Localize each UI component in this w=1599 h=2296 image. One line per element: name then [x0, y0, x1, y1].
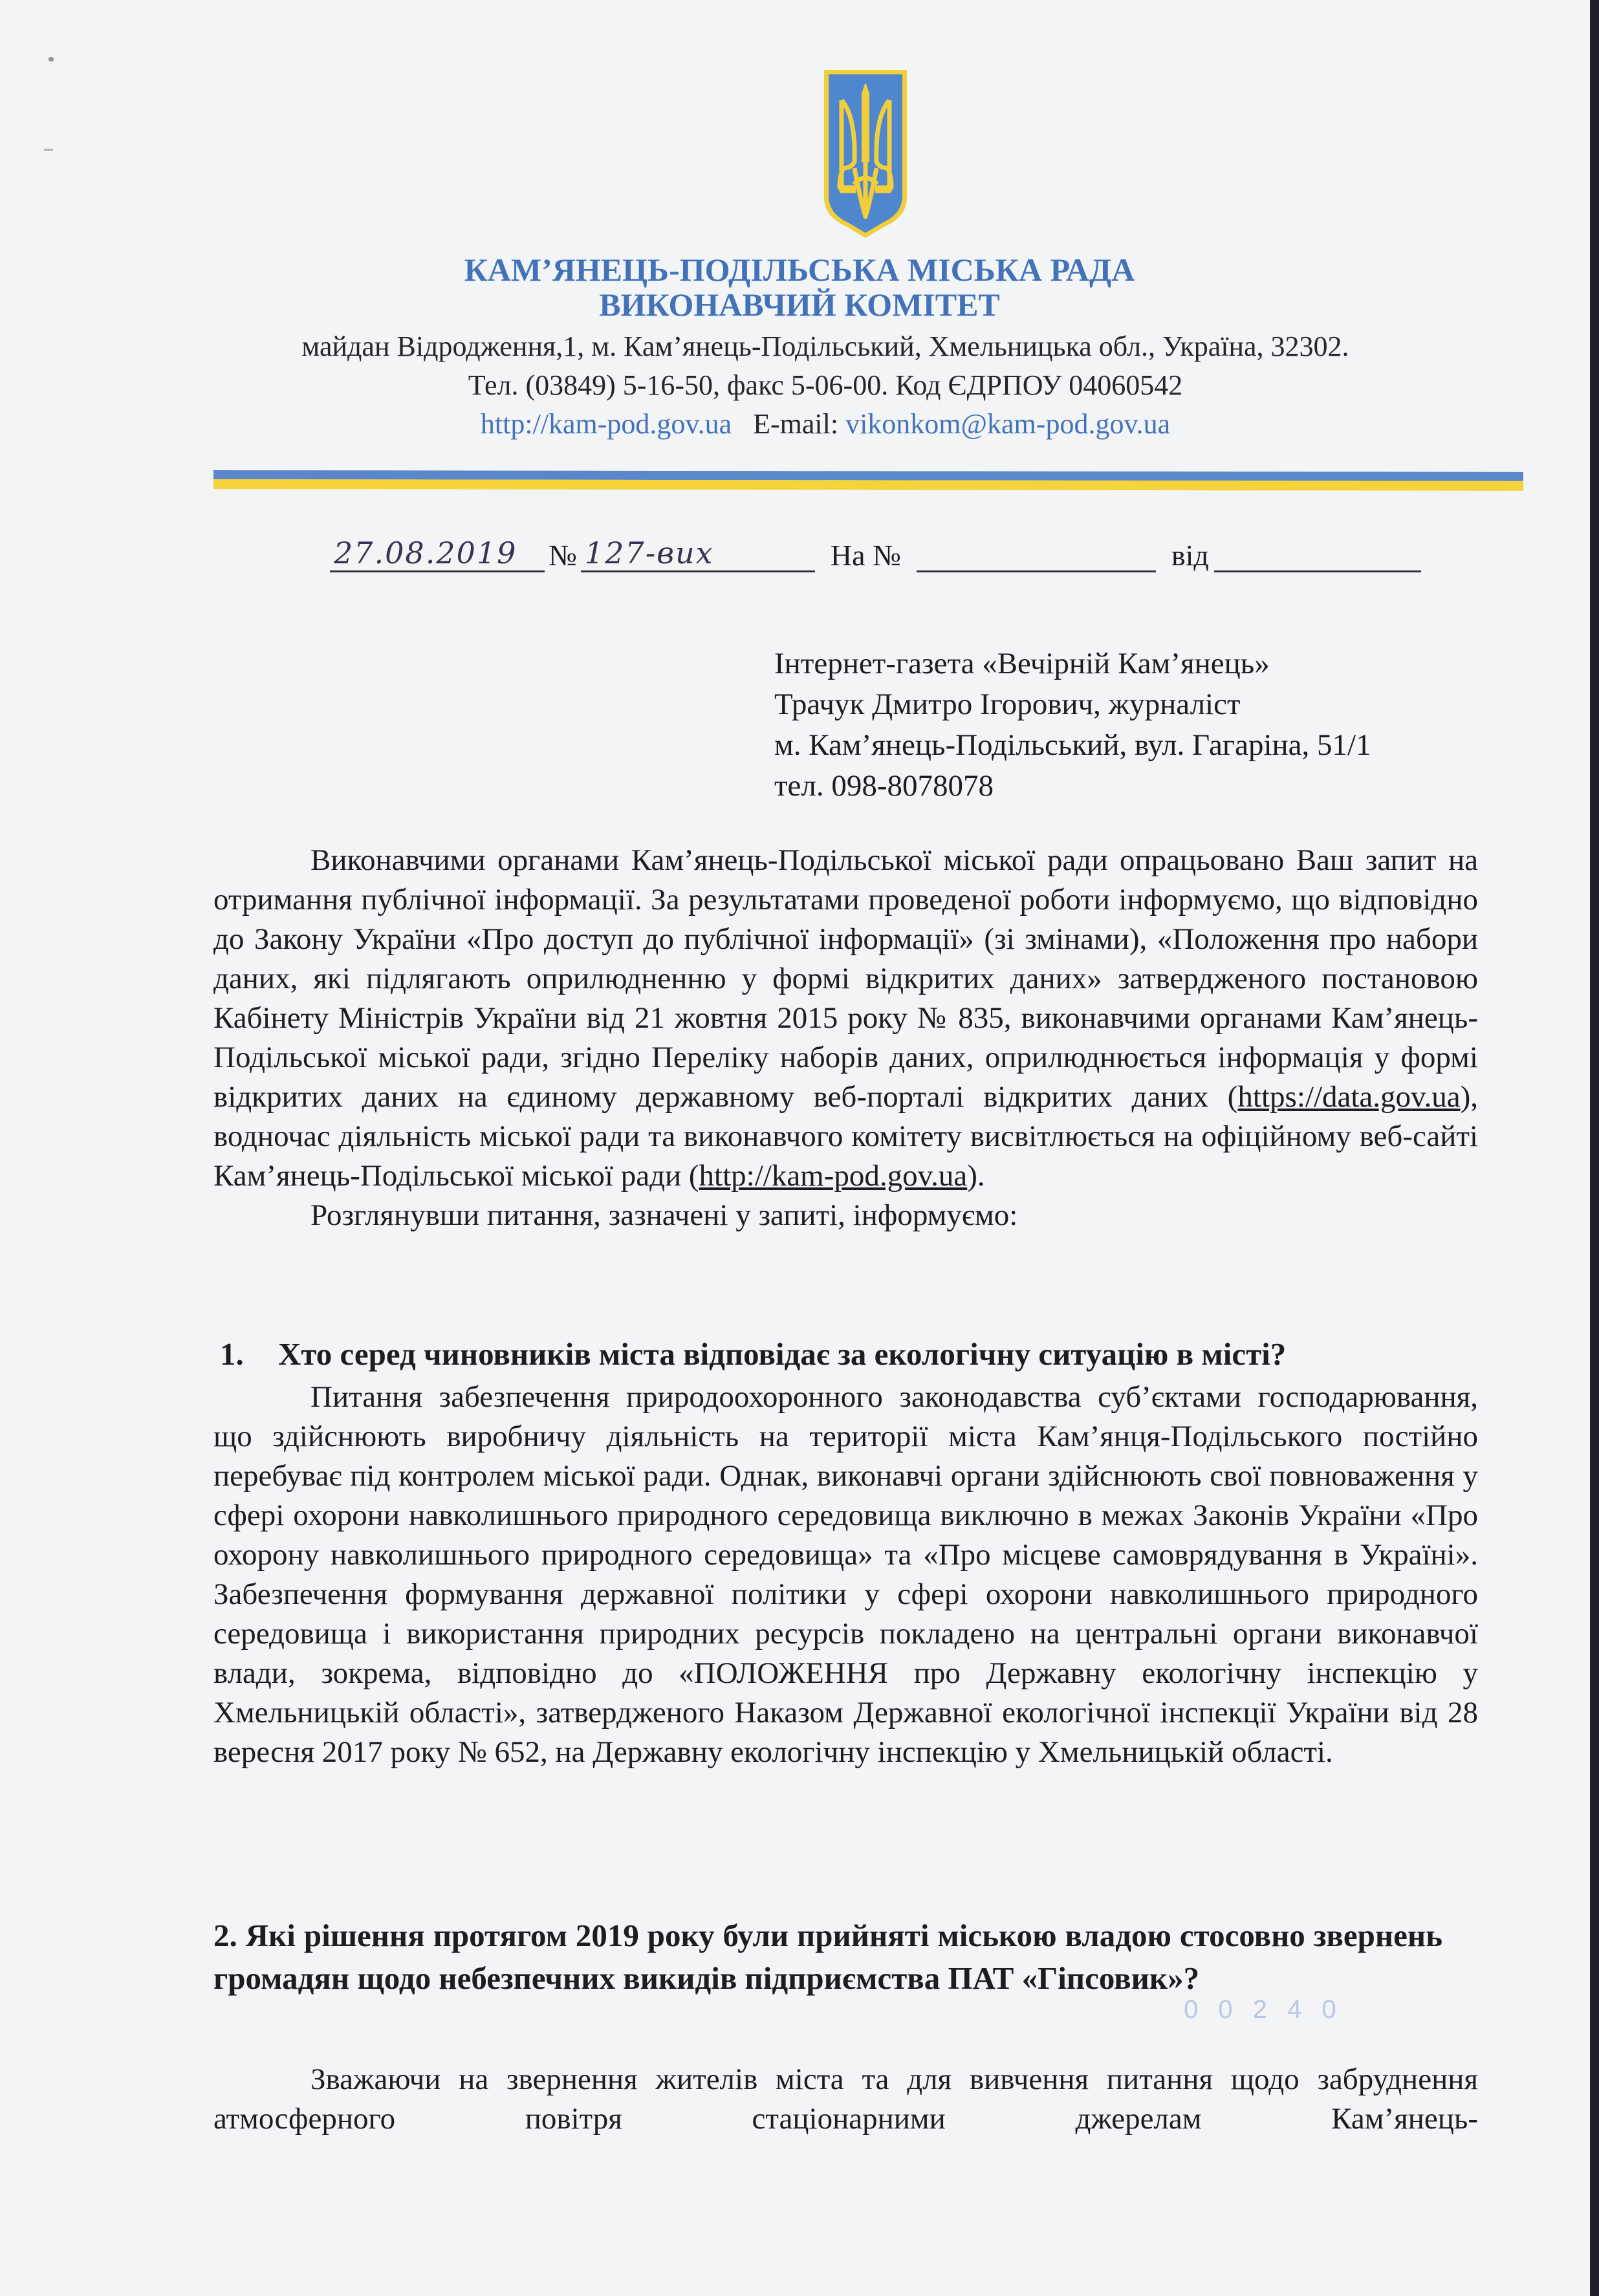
addressee-organization: Інтернет-газета «Вечірній Кам’янець»	[774, 644, 1371, 684]
intro-section: Виконавчими органами Кам’янець-Подільськ…	[213, 841, 1478, 1235]
question-1-heading: 1.Хто серед чиновників міста відповідає …	[220, 1336, 1286, 1372]
question-2-answer: Зважаючи на звернення жителів міста та д…	[213, 2060, 1478, 2139]
answer-paragraph: Зважаючи на звернення жителів міста та д…	[213, 2060, 1478, 2139]
reply-to-label: На №	[831, 538, 901, 572]
intro-paragraph: Виконавчими органами Кам’янець-Подільськ…	[213, 841, 1478, 1196]
org-web-contacts: http://kam-pod.gov.ua E-mail: vikonkom@k…	[26, 407, 1599, 440]
addressee-address: м. Кам’янець-Подільський, вул. Гагаріна,…	[774, 725, 1371, 766]
website-link[interactable]: http://kam-pod.gov.ua	[481, 408, 732, 440]
outgoing-date: 27.08.2019	[330, 536, 545, 572]
org-subtitle: ВИКОНАВЧИЙ КОМІТЕТ	[0, 286, 1599, 323]
intro-transition: Розглянувши питання, зазначені у запиті,…	[213, 1196, 1478, 1235]
question-1-answer: Питання забезпечення природоохоронного з…	[213, 1378, 1478, 1772]
addressee-name: Трачук Дмитро Ігорович, журналіст	[774, 684, 1371, 725]
org-name: КАМ’ЯНЕЦЬ-ПОДІЛЬСЬКА МІСЬКА РАДА	[0, 251, 1599, 288]
addressee-phone: тел. 098-8078078	[774, 766, 1371, 807]
question-2-heading: 2. Які рішення протягом 2019 року були п…	[213, 1914, 1442, 2000]
scan-speck	[44, 149, 53, 151]
coat-of-arms-icon	[820, 65, 911, 246]
intro-text: ).	[967, 1159, 984, 1193]
data-gov-link[interactable]: https://data.gov.ua	[1237, 1080, 1460, 1114]
intro-text: Виконавчими органами Кам’янець-Подільськ…	[213, 843, 1478, 1114]
addressee-block: Інтернет-газета «Вечірній Кам’янець» Тра…	[774, 644, 1371, 807]
email-link[interactable]: vikonkom@kam-pod.gov.ua	[845, 408, 1170, 440]
scan-speck	[49, 57, 54, 61]
flag-stripe-yellow	[213, 479, 1523, 491]
document-page: КАМ’ЯНЕЦЬ-ПОДІЛЬСЬКА МІСЬКА РАДА ВИКОНАВ…	[0, 0, 1599, 2296]
reply-to-number-field	[917, 545, 1156, 572]
registration-line: 27.08.2019 № 127-вих На № від	[330, 527, 1421, 572]
from-label: від	[1171, 538, 1209, 572]
faint-stamp-mark: 0 0 2 4 0	[1184, 1995, 1343, 2024]
org-phones: Тел. (03849) 5-16-50, факс 5-06-00. Код …	[26, 369, 1599, 402]
answer-paragraph: Питання забезпечення природоохоронного з…	[213, 1378, 1478, 1772]
kam-pod-link[interactable]: http://kam-pod.gov.ua	[699, 1159, 968, 1193]
question-number: 1.	[220, 1336, 278, 1372]
number-sign: №	[549, 538, 577, 572]
email-label: E-mail:	[753, 408, 838, 440]
question-text: Хто серед чиновників міста відповідає за…	[278, 1336, 1286, 1372]
outgoing-number: 127-вих	[581, 536, 815, 572]
org-address: майдан Відродження,1, м. Кам’янець-Поділ…	[26, 330, 1599, 363]
reply-to-date-field	[1214, 545, 1421, 572]
